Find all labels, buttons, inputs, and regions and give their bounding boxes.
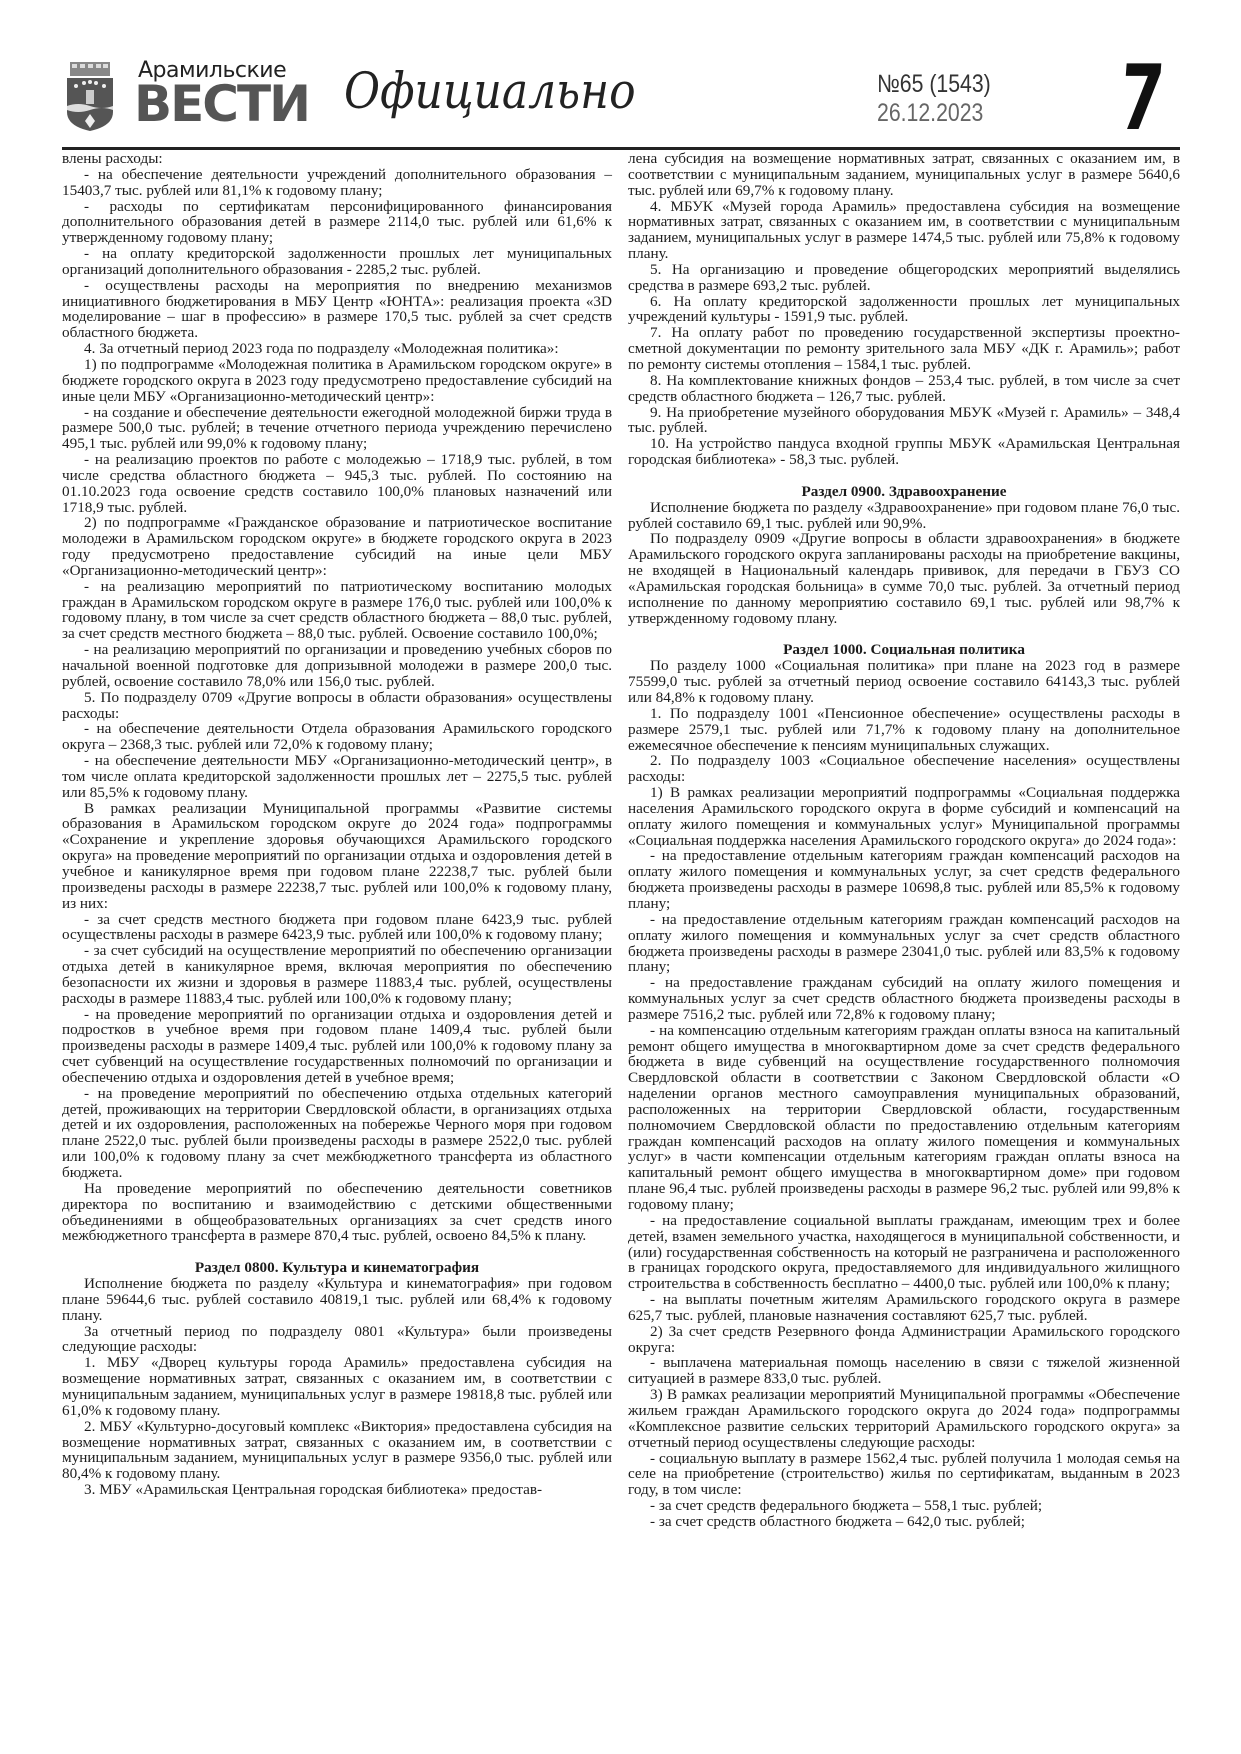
paragraph: 8. На комплектование книжных фондов – 25… <box>628 373 1180 405</box>
paragraph: - на обеспечение деятельности Отдела обр… <box>62 721 612 753</box>
section-heading-culture: Раздел 0800. Культура и кинематография <box>62 1260 612 1276</box>
paragraph: - за счет средств федерального бюджета –… <box>628 1498 1180 1514</box>
paragraph: Исполнение бюджета по разделу «Культура … <box>62 1276 612 1324</box>
paragraph: 5. По подразделу 0709 «Другие вопросы в … <box>62 690 612 722</box>
paragraph: 4. За отчетный период 2023 года по подра… <box>62 341 612 357</box>
paragraph: 3) В рамках реализации мероприятий Муниц… <box>628 1387 1180 1450</box>
paragraph: Исполнение бюджета по разделу «Здравоохр… <box>628 500 1180 532</box>
paragraph: - выплачена материальная помощь населени… <box>628 1355 1180 1387</box>
paragraph: - на обеспечение деятельности учреждений… <box>62 167 612 199</box>
paragraph: - на реализацию мероприятий по организац… <box>62 642 612 690</box>
paragraph: - на проведение мероприятий по организац… <box>62 1007 612 1086</box>
paragraph: - на предоставление отдельным категориям… <box>628 848 1180 911</box>
section-title: Официально <box>344 62 636 120</box>
paragraph: - социальную выплату в размере 1562,4 ты… <box>628 1451 1180 1499</box>
paragraph: 7. На оплату работ по проведению государ… <box>628 325 1180 373</box>
paragraph: - на предоставление гражданам субсидий н… <box>628 975 1180 1023</box>
paragraph: - на компенсацию отдельным категориям гр… <box>628 1023 1180 1213</box>
paragraph: 1. По подразделу 1001 «Пенсионное обеспе… <box>628 706 1180 754</box>
page-number: 7 <box>1117 54 1167 144</box>
paragraph: - расходы по сертификатам персонифициров… <box>62 199 612 247</box>
masthead: Арамильские ВЕСТИ Официально №65 (1543) … <box>62 58 1180 144</box>
paragraph: - на реализацию мероприятий по патриотич… <box>62 579 612 642</box>
paragraph: - на предоставление отдельным категориям… <box>628 912 1180 975</box>
paragraph: - за счет средств областного бюджета – 6… <box>628 1514 1180 1530</box>
paragraph: лена субсидия на возмещение нормативных … <box>628 151 1180 199</box>
paragraph: 9. На приобретение музейного оборудовани… <box>628 405 1180 437</box>
paragraph: - на оплату кредиторской задолженности п… <box>62 246 612 278</box>
paragraph: 2. МБУ «Культурно-досуговый комплекс «Ви… <box>62 1419 612 1482</box>
paragraph: - на создание и обеспечение деятельности… <box>62 405 612 453</box>
issue-info: №65 (1543) 26.12.2023 <box>877 70 991 128</box>
right-column: лена субсидия на возмещение нормативных … <box>628 151 1180 1530</box>
paragraph: 5. На организацию и проведение общегород… <box>628 262 1180 294</box>
paragraph: - за счет субсидий на осуществление меро… <box>62 943 612 1006</box>
paragraph: На проведение мероприятий по обеспечению… <box>62 1181 612 1244</box>
paragraph: 3. МБУ «Арамильская Центральная городска… <box>62 1482 612 1498</box>
paragraph: По разделу 1000 «Социальная политика» пр… <box>628 658 1180 706</box>
paragraph: 10. На устройство пандуса входной группы… <box>628 436 1180 468</box>
paragraph: 1. МБУ «Дворец культуры города Арамиль» … <box>62 1355 612 1418</box>
newspaper-name-main: ВЕСТИ <box>134 78 309 130</box>
paragraph: - на предоставление социальной выплаты г… <box>628 1213 1180 1292</box>
paragraph: - осуществлены расходы на мероприятия по… <box>62 278 612 341</box>
paragraph: влены расходы: <box>62 151 612 167</box>
paragraph: - на обеспечение деятельности МБУ «Орган… <box>62 753 612 801</box>
paragraph: - на выплаты почетным жителям Арамильско… <box>628 1292 1180 1324</box>
section-heading-social-policy: Раздел 1000. Социальная политика <box>628 642 1180 658</box>
section-heading-healthcare: Раздел 0900. Здравоохранение <box>628 484 1180 500</box>
paragraph: - за счет средств местного бюджета при г… <box>62 912 612 944</box>
paragraph: 4. МБУК «Музей города Арамиль» предостав… <box>628 199 1180 262</box>
issue-date: 26.12.2023 <box>877 99 991 128</box>
issue-number: №65 (1543) <box>877 70 991 99</box>
paragraph: За отчетный период по подразделу 0801 «К… <box>62 1324 612 1356</box>
paragraph: - на реализацию проектов по работе с мол… <box>62 452 612 515</box>
paragraph: В рамках реализации Муниципальной програ… <box>62 801 612 912</box>
paragraph: 1) по подпрограмме «Молодежная политика … <box>62 357 612 405</box>
coat-of-arms-icon <box>64 60 116 132</box>
paragraph: По подразделу 0909 «Другие вопросы в обл… <box>628 531 1180 626</box>
paragraph: 2. По подразделу 1003 «Социальное обеспе… <box>628 753 1180 785</box>
paragraph: 2) За счет средств Резервного фонда Адми… <box>628 1324 1180 1356</box>
left-column: влены расходы: - на обеспечение деятельн… <box>62 151 612 1498</box>
paragraph: 6. На оплату кредиторской задолженности … <box>628 294 1180 326</box>
paragraph: 2) по подпрограмме «Гражданское образова… <box>62 515 612 578</box>
paragraph: - на проведение мероприятий по обеспечен… <box>62 1086 612 1181</box>
paragraph: 1) В рамках реализации мероприятий подпр… <box>628 785 1180 848</box>
